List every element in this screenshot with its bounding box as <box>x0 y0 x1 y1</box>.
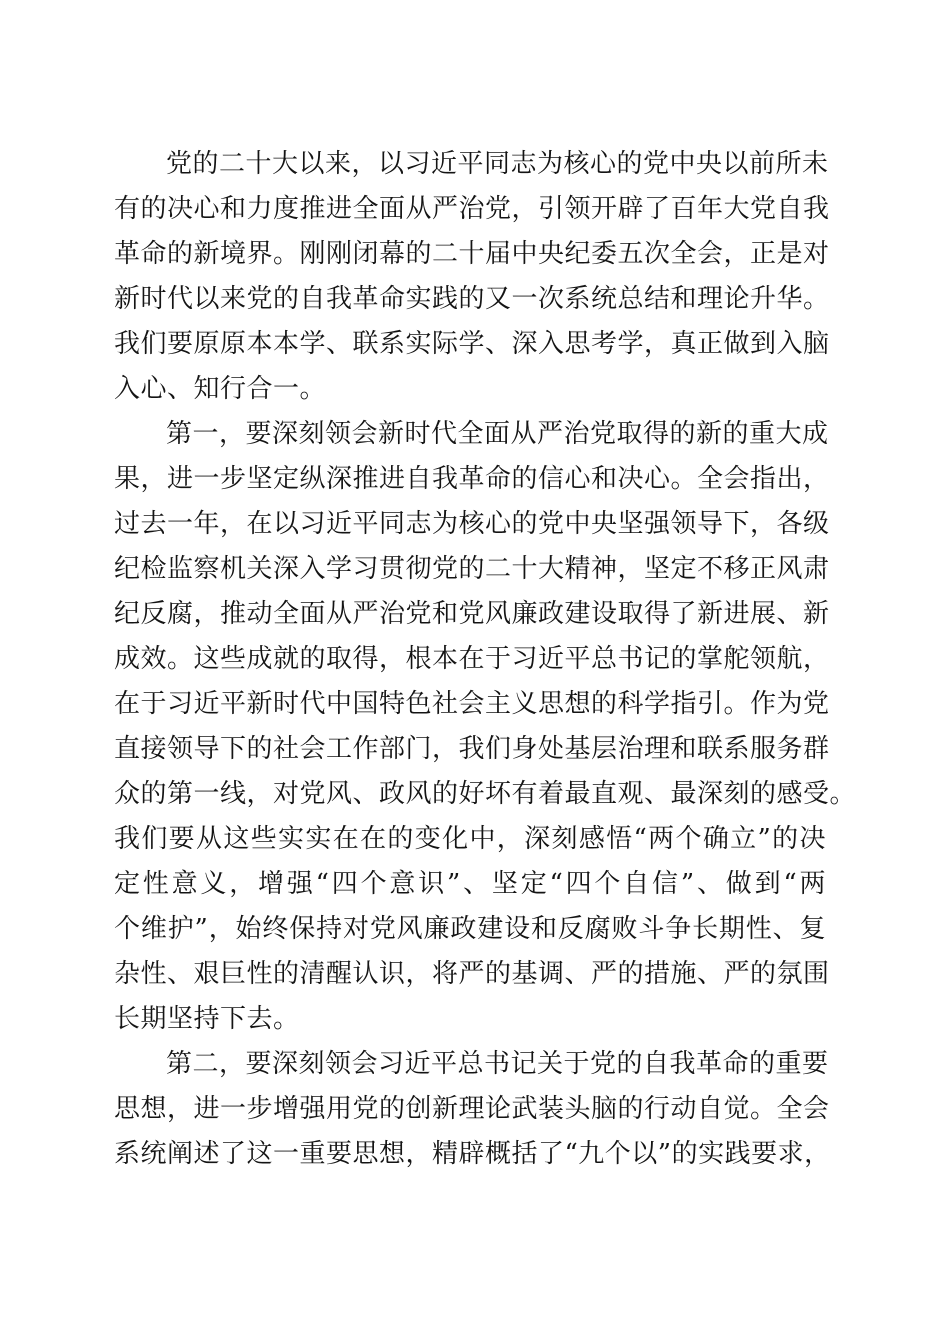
text-line: 纪反腐，推动全面从严治党和党风廉政建设取得了新进展、新 <box>114 592 826 637</box>
text-line: 新时代以来党的自我革命实践的又一次系统总结和理论升华。 <box>114 277 826 322</box>
text-line: 思想，进一步增强用党的创新理论武装头脑的行动自觉。全会 <box>114 1087 826 1132</box>
text-line: 定性意义，增强“四个意识”、坚定“四个自信”、做到“两 <box>114 862 826 907</box>
text-line: 党的二十大以来，以习近平同志为核心的党中央以前所未 <box>114 142 826 187</box>
text-line: 有的决心和力度推进全面从严治党，引领开辟了百年大党自我 <box>114 187 826 232</box>
document-page: 党的二十大以来，以习近平同志为核心的党中央以前所未 有的决心和力度推进全面从严治… <box>0 0 950 1344</box>
paragraph: 党的二十大以来，以习近平同志为核心的党中央以前所未 有的决心和力度推进全面从严治… <box>114 142 826 412</box>
text-line: 过去一年，在以习近平同志为核心的党中央坚强领导下，各级 <box>114 502 826 547</box>
text-line: 个维护”，始终保持对党风廉政建设和反腐败斗争长期性、复 <box>114 907 826 952</box>
text-line: 入心、知行合一。 <box>114 367 826 412</box>
text-line: 我们要从这些实实在在的变化中，深刻感悟“两个确立”的决 <box>114 817 826 862</box>
text-line: 众的第一线，对党风、政风的好坏有着最直观、最深刻的感受。 <box>114 772 826 817</box>
text-line: 第一，要深刻领会新时代全面从严治党取得的新的重大成 <box>114 412 826 457</box>
text-line: 直接领导下的社会工作部门，我们身处基层治理和联系服务群 <box>114 727 826 772</box>
text-line: 成效。这些成就的取得，根本在于习近平总书记的掌舵领航， <box>114 637 826 682</box>
text-line: 长期坚持下去。 <box>114 997 826 1042</box>
paragraph: 第二，要深刻领会习近平总书记关于党的自我革命的重要 思想，进一步增强用党的创新理… <box>114 1042 826 1177</box>
text-line: 果，进一步坚定纵深推进自我革命的信心和决心。全会指出， <box>114 457 826 502</box>
text-line: 纪检监察机关深入学习贯彻党的二十大精神，坚定不移正风肃 <box>114 547 826 592</box>
document-body: 党的二十大以来，以习近平同志为核心的党中央以前所未 有的决心和力度推进全面从严治… <box>114 142 826 1177</box>
text-line: 第二，要深刻领会习近平总书记关于党的自我革命的重要 <box>114 1042 826 1087</box>
text-line: 系统阐述了这一重要思想，精辟概括了“九个以”的实践要求， <box>114 1132 826 1177</box>
paragraph: 第一，要深刻领会新时代全面从严治党取得的新的重大成 果，进一步坚定纵深推进自我革… <box>114 412 826 1042</box>
text-line: 在于习近平新时代中国特色社会主义思想的科学指引。作为党 <box>114 682 826 727</box>
text-line: 革命的新境界。刚刚闭幕的二十届中央纪委五次全会，正是对 <box>114 232 826 277</box>
text-line: 我们要原原本本学、联系实际学、深入思考学，真正做到入脑 <box>114 322 826 367</box>
text-line: 杂性、艰巨性的清醒认识，将严的基调、严的措施、严的氛围 <box>114 952 826 997</box>
